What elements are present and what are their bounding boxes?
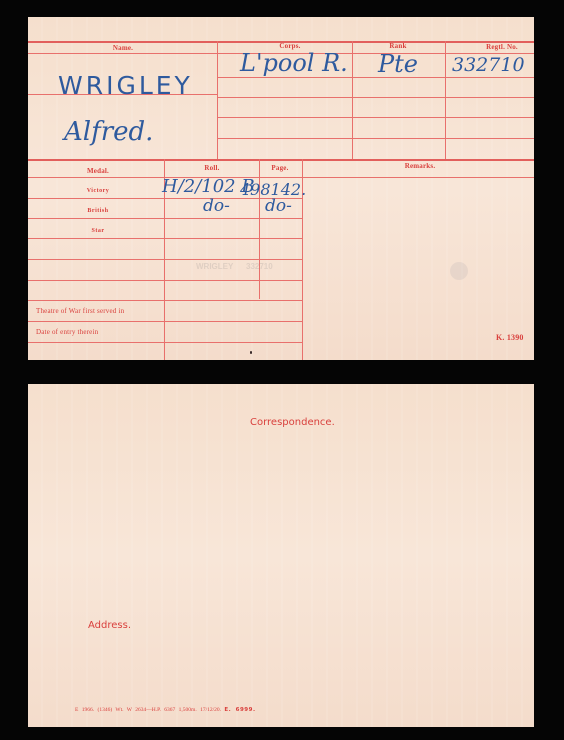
divider-corps-rank	[352, 41, 353, 160]
address-label: Address.	[88, 620, 131, 631]
medal-victory-label: Victory	[87, 188, 110, 194]
rank-header: Rank	[389, 42, 406, 50]
regtl-no-header: Regtl. No.	[486, 43, 518, 51]
roll-header: Roll.	[204, 164, 219, 172]
british-page-entry: do-	[265, 196, 292, 216]
medal-header-rule	[28, 177, 534, 178]
printer-imprint: E 1966. (1346) Wt. W 2634—H.P. 6367 1,50…	[75, 707, 256, 713]
medal-row-rule-4	[28, 259, 302, 260]
regtl-no-entry: 332710	[452, 54, 525, 76]
medal-row-rule-2	[28, 218, 302, 219]
medal-british-label: British	[87, 208, 108, 214]
medal-header: Medal.	[87, 167, 109, 175]
divider-rank-regtl	[445, 41, 446, 160]
theatre-label: Theatre of War first served in	[36, 307, 124, 315]
rank-entry: Pte	[378, 50, 418, 78]
medal-row-rule-8	[28, 342, 302, 343]
page-header: Page.	[271, 164, 288, 172]
medal-row-rule-6	[28, 300, 302, 301]
divider-name-corps	[217, 41, 218, 160]
faded-stamp-number: 332710	[246, 262, 273, 271]
remarks-header: Remarks.	[405, 162, 436, 170]
british-roll-entry: do-	[203, 196, 230, 216]
medal-card-back: Correspondence. Address. E 1966. (1346) …	[28, 384, 534, 727]
medal-row-rule-3	[28, 238, 302, 239]
faded-stamp-name: WRIGLEY	[196, 262, 233, 271]
name-header: Name.	[113, 44, 133, 52]
form-code: K. 1390	[496, 333, 524, 342]
medal-row-rule-5	[28, 280, 302, 281]
printer-imprint-text: E 1966. (1346) Wt. W 2634—H.P. 6367 1,50…	[75, 707, 221, 713]
surname-entry: WRIGLEY	[58, 71, 193, 100]
rule-row-2	[217, 97, 534, 98]
faded-stamp-mark	[450, 262, 468, 280]
corps-entry: L'pool R.	[240, 49, 348, 77]
medal-card-front: Name. Corps. Rank Regtl. No. WRIGLEY Alf…	[28, 17, 534, 360]
rule-row-3	[217, 117, 534, 118]
date-entry-label: Date of entry therein	[36, 328, 98, 336]
medal-table-top-rule	[28, 159, 534, 161]
printer-form-code: E. 6999.	[224, 707, 255, 713]
forename-entry: Alfred.	[64, 117, 153, 147]
medal-star-label: Star	[92, 228, 105, 234]
rule-row-4	[217, 138, 534, 139]
paper-speck	[250, 351, 252, 354]
correspondence-label: Correspondence.	[250, 417, 335, 428]
rule-row-1	[217, 77, 534, 78]
medal-row-rule-7	[28, 321, 302, 322]
